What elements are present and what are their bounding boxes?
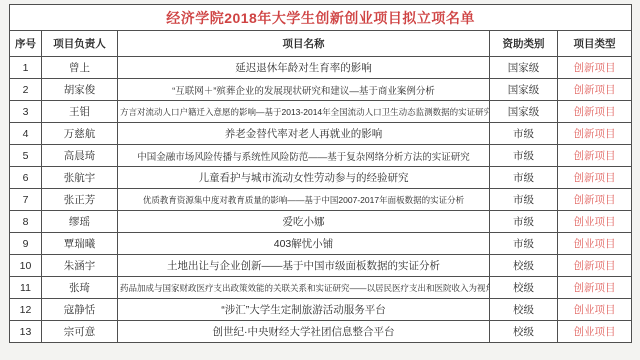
cell-project-type: 创新项目: [558, 101, 632, 123]
cell-index: 11: [10, 277, 42, 299]
cell-leader: 张航宇: [42, 167, 118, 189]
cell-project-name: 优质教育资源集中度对教育质量的影响——基于中国2007-2017年面板数据的实证…: [118, 189, 490, 211]
cell-project-name: 延迟退休年龄对生育率的影响: [118, 57, 490, 79]
cell-leader: 张琦: [42, 277, 118, 299]
cell-fund-category: 国家级: [490, 101, 558, 123]
cell-fund-category: 市级: [490, 123, 558, 145]
cell-project-type: 创新项目: [558, 79, 632, 101]
table-row: 12寇静恬“涉汇”大学生定制旅游活动服务平台校级创业项目: [10, 299, 632, 321]
cell-leader: 寇静恬: [42, 299, 118, 321]
cell-project-name: 方言对流动人口户籍迁入意愿的影响—基于2013-2014年全国流动人口卫生动态监…: [118, 101, 490, 123]
cell-project-type: 创新项目: [558, 57, 632, 79]
table-row: 2胡家俊“互联网＋”殡葬企业的发展现状研究和建议—基于商业案例分析国家级创新项目: [10, 79, 632, 101]
cell-project-type: 创业项目: [558, 321, 632, 343]
cell-index: 4: [10, 123, 42, 145]
table-row: 4万慈航养老金替代率对老人再就业的影响市级创新项目: [10, 123, 632, 145]
cell-fund-category: 市级: [490, 167, 558, 189]
table-row: 3王钼方言对流动人口户籍迁入意愿的影响—基于2013-2014年全国流动人口卫生…: [10, 101, 632, 123]
cell-fund-category: 市级: [490, 189, 558, 211]
cell-project-type: 创新项目: [558, 277, 632, 299]
cell-index: 1: [10, 57, 42, 79]
cell-fund-category: 校级: [490, 255, 558, 277]
cell-fund-category: 市级: [490, 145, 558, 167]
cell-project-name: 养老金替代率对老人再就业的影响: [118, 123, 490, 145]
cell-fund-category: 国家级: [490, 79, 558, 101]
cell-project-type: 创新项目: [558, 167, 632, 189]
cell-index: 13: [10, 321, 42, 343]
cell-project-type: 创业项目: [558, 233, 632, 255]
cell-index: 9: [10, 233, 42, 255]
cell-fund-category: 校级: [490, 277, 558, 299]
cell-fund-category: 校级: [490, 299, 558, 321]
column-header-project-type: 项目类型: [558, 31, 632, 57]
table-title: 经济学院2018年大学生创新创业项目拟立项名单: [10, 5, 632, 31]
cell-project-type: 创新项目: [558, 123, 632, 145]
cell-project-name: 药品加成与国家财政医疗支出政策效能的关联关系和实证研究——以居民医疗支出和医院收…: [118, 277, 490, 299]
column-header-fund-category: 资助类别: [490, 31, 558, 57]
cell-leader: 覃瑞曦: [42, 233, 118, 255]
table-row: 10朱涵宇土地出让与企业创新——基于中国市级面板数据的实证分析校级创新项目: [10, 255, 632, 277]
cell-project-name: 中国金融市场风险传播与系统性风险防范——基于复杂网络分析方法的实证研究: [118, 145, 490, 167]
cell-project-name: “互联网＋”殡葬企业的发展现状研究和建议—基于商业案例分析: [118, 79, 490, 101]
cell-fund-category: 校级: [490, 321, 558, 343]
page: 经济学院2018年大学生创新创业项目拟立项名单 序号 项目负责人 项目名称 资助…: [0, 0, 640, 360]
cell-leader: 朱涵宇: [42, 255, 118, 277]
cell-leader: 曾上: [42, 57, 118, 79]
cell-leader: 王钼: [42, 101, 118, 123]
cell-leader: 缪瑶: [42, 211, 118, 233]
table-row: 8缪瑶爱吃小娜市级创业项目: [10, 211, 632, 233]
cell-index: 7: [10, 189, 42, 211]
title-row: 经济学院2018年大学生创新创业项目拟立项名单: [10, 5, 632, 31]
table-row: 6张航宇儿童看护与城市流动女性劳动参与的经验研究市级创新项目: [10, 167, 632, 189]
cell-project-type: 创新项目: [558, 255, 632, 277]
cell-index: 8: [10, 211, 42, 233]
cell-index: 12: [10, 299, 42, 321]
cell-project-type: 创新项目: [558, 145, 632, 167]
cell-leader: 高晨琦: [42, 145, 118, 167]
cell-index: 3: [10, 101, 42, 123]
cell-leader: 胡家俊: [42, 79, 118, 101]
table-row: 5高晨琦中国金融市场风险传播与系统性风险防范——基于复杂网络分析方法的实证研究市…: [10, 145, 632, 167]
cell-index: 10: [10, 255, 42, 277]
cell-index: 6: [10, 167, 42, 189]
cell-project-type: 创业项目: [558, 299, 632, 321]
cell-project-type: 创新项目: [558, 189, 632, 211]
cell-fund-category: 市级: [490, 211, 558, 233]
cell-leader: 万慈航: [42, 123, 118, 145]
cell-project-name: 儿童看护与城市流动女性劳动参与的经验研究: [118, 167, 490, 189]
cell-project-type: 创业项目: [558, 211, 632, 233]
table-body: 1曾上延迟退休年龄对生育率的影响国家级创新项目2胡家俊“互联网＋”殡葬企业的发展…: [10, 57, 632, 343]
project-table: 经济学院2018年大学生创新创业项目拟立项名单 序号 项目负责人 项目名称 资助…: [9, 4, 632, 343]
cell-leader: 宗可意: [42, 321, 118, 343]
cell-project-name: “涉汇”大学生定制旅游活动服务平台: [118, 299, 490, 321]
table-header-row: 序号 项目负责人 项目名称 资助类别 项目类型: [10, 31, 632, 57]
table-row: 13宗可意创世纪·中央财经大学社团信息整合平台校级创业项目: [10, 321, 632, 343]
cell-project-name: 403解忧小铺: [118, 233, 490, 255]
cell-leader: 张正芳: [42, 189, 118, 211]
cell-fund-category: 市级: [490, 233, 558, 255]
cell-index: 2: [10, 79, 42, 101]
cell-index: 5: [10, 145, 42, 167]
column-header-leader: 项目负责人: [42, 31, 118, 57]
column-header-project-name: 项目名称: [118, 31, 490, 57]
table-row: 11张琦药品加成与国家财政医疗支出政策效能的关联关系和实证研究——以居民医疗支出…: [10, 277, 632, 299]
cell-project-name: 创世纪·中央财经大学社团信息整合平台: [118, 321, 490, 343]
table-row: 7张正芳优质教育资源集中度对教育质量的影响——基于中国2007-2017年面板数…: [10, 189, 632, 211]
column-header-index: 序号: [10, 31, 42, 57]
table-row: 9覃瑞曦403解忧小铺市级创业项目: [10, 233, 632, 255]
table-row: 1曾上延迟退休年龄对生育率的影响国家级创新项目: [10, 57, 632, 79]
cell-project-name: 土地出让与企业创新——基于中国市级面板数据的实证分析: [118, 255, 490, 277]
cell-fund-category: 国家级: [490, 57, 558, 79]
cell-project-name: 爱吃小娜: [118, 211, 490, 233]
